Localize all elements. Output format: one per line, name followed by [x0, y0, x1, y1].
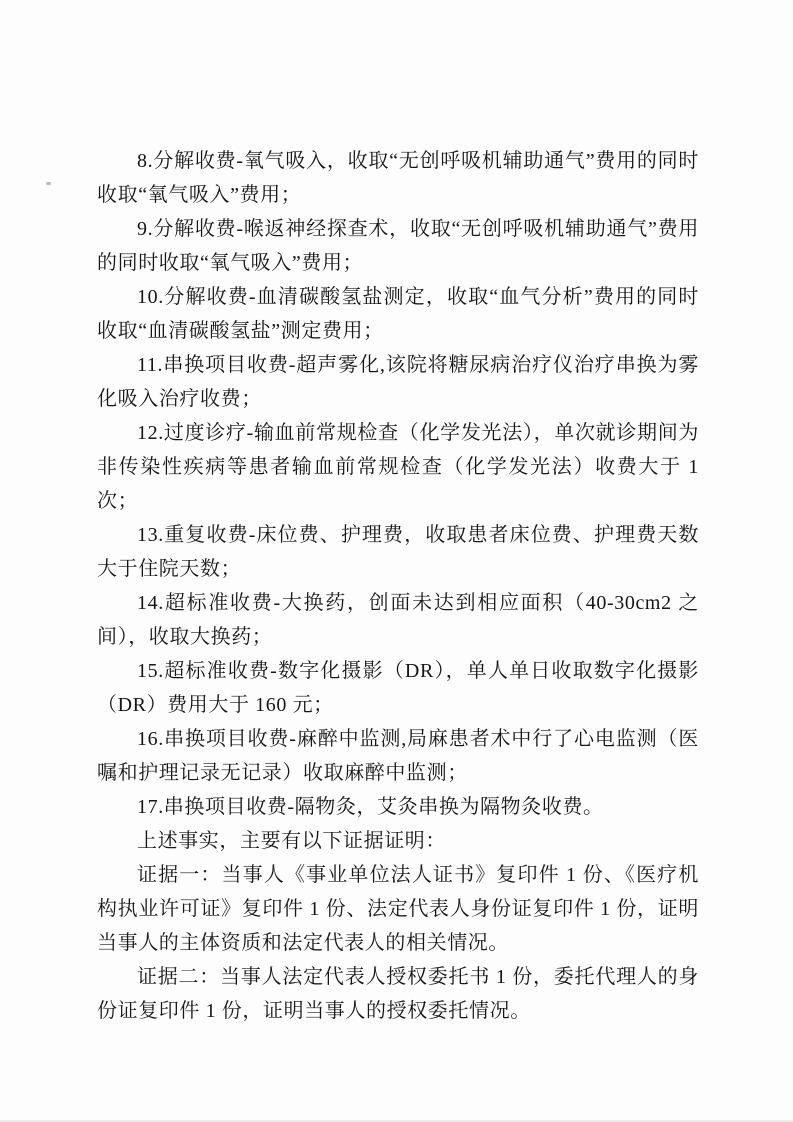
- violation-item-10: 10.分解收费-血清碳酸氢盐测定，收取“血气分析”费用的同时收取“血清碳酸氢盐”…: [97, 280, 699, 348]
- violation-item-13: 13.重复收费-床位费、护理费，收取患者床位费、护理费天数大于住院天数；: [97, 518, 699, 586]
- violation-item-11: 11.串换项目收费-超声雾化,该院将糖尿病治疗仪治疗串换为雾化吸入治疗收费；: [97, 348, 699, 416]
- evidence-item-1: 证据一：当事人《事业单位法人证书》复印件 1 份、《医疗机构执业许可证》复印件 …: [97, 858, 699, 960]
- violation-item-9: 9.分解收费-喉返神经探查术，收取“无创呼吸机辅助通气”费用的同时收取“氧气吸入…: [97, 212, 699, 280]
- violation-item-14: 14.超标准收费-大换药，创面未达到相应面积（40-30cm2 之间），收取大换…: [97, 586, 699, 654]
- evidence-item-2: 证据二：当事人法定代表人授权委托书 1 份，委托代理人的身份证复印件 1 份，证…: [97, 960, 699, 1028]
- violation-item-17: 17.串换项目收费-隔物灸，艾灸串换为隔物灸收费。: [97, 790, 699, 824]
- violation-item-12: 12.过度诊疗-输血前常规检查（化学发光法），单次就诊期间为非传染性疾病等患者输…: [97, 416, 699, 518]
- violation-item-15: 15.超标准收费-数字化摄影（DR），单人单日收取数字化摄影（DR）费用大于 1…: [97, 654, 699, 722]
- document-body: 8.分解收费-氧气吸入，收取“无创呼吸机辅助通气”费用的同时收取“氧气吸入”费用…: [97, 144, 699, 1028]
- facts-statement: 上述事实，主要有以下证据证明：: [97, 824, 699, 858]
- violation-item-16: 16.串换项目收费-麻醉中监测,局麻患者术中行了心电监测（医嘱和护理记录无记录）…: [97, 722, 699, 790]
- violation-item-8: 8.分解收费-氧气吸入，收取“无创呼吸机辅助通气”费用的同时收取“氧气吸入”费用…: [97, 144, 699, 212]
- document-page: 8.分解收费-氧气吸入，收取“无创呼吸机辅助通气”费用的同时收取“氧气吸入”费用…: [0, 0, 793, 1122]
- scan-speck-artifact: [46, 182, 51, 185]
